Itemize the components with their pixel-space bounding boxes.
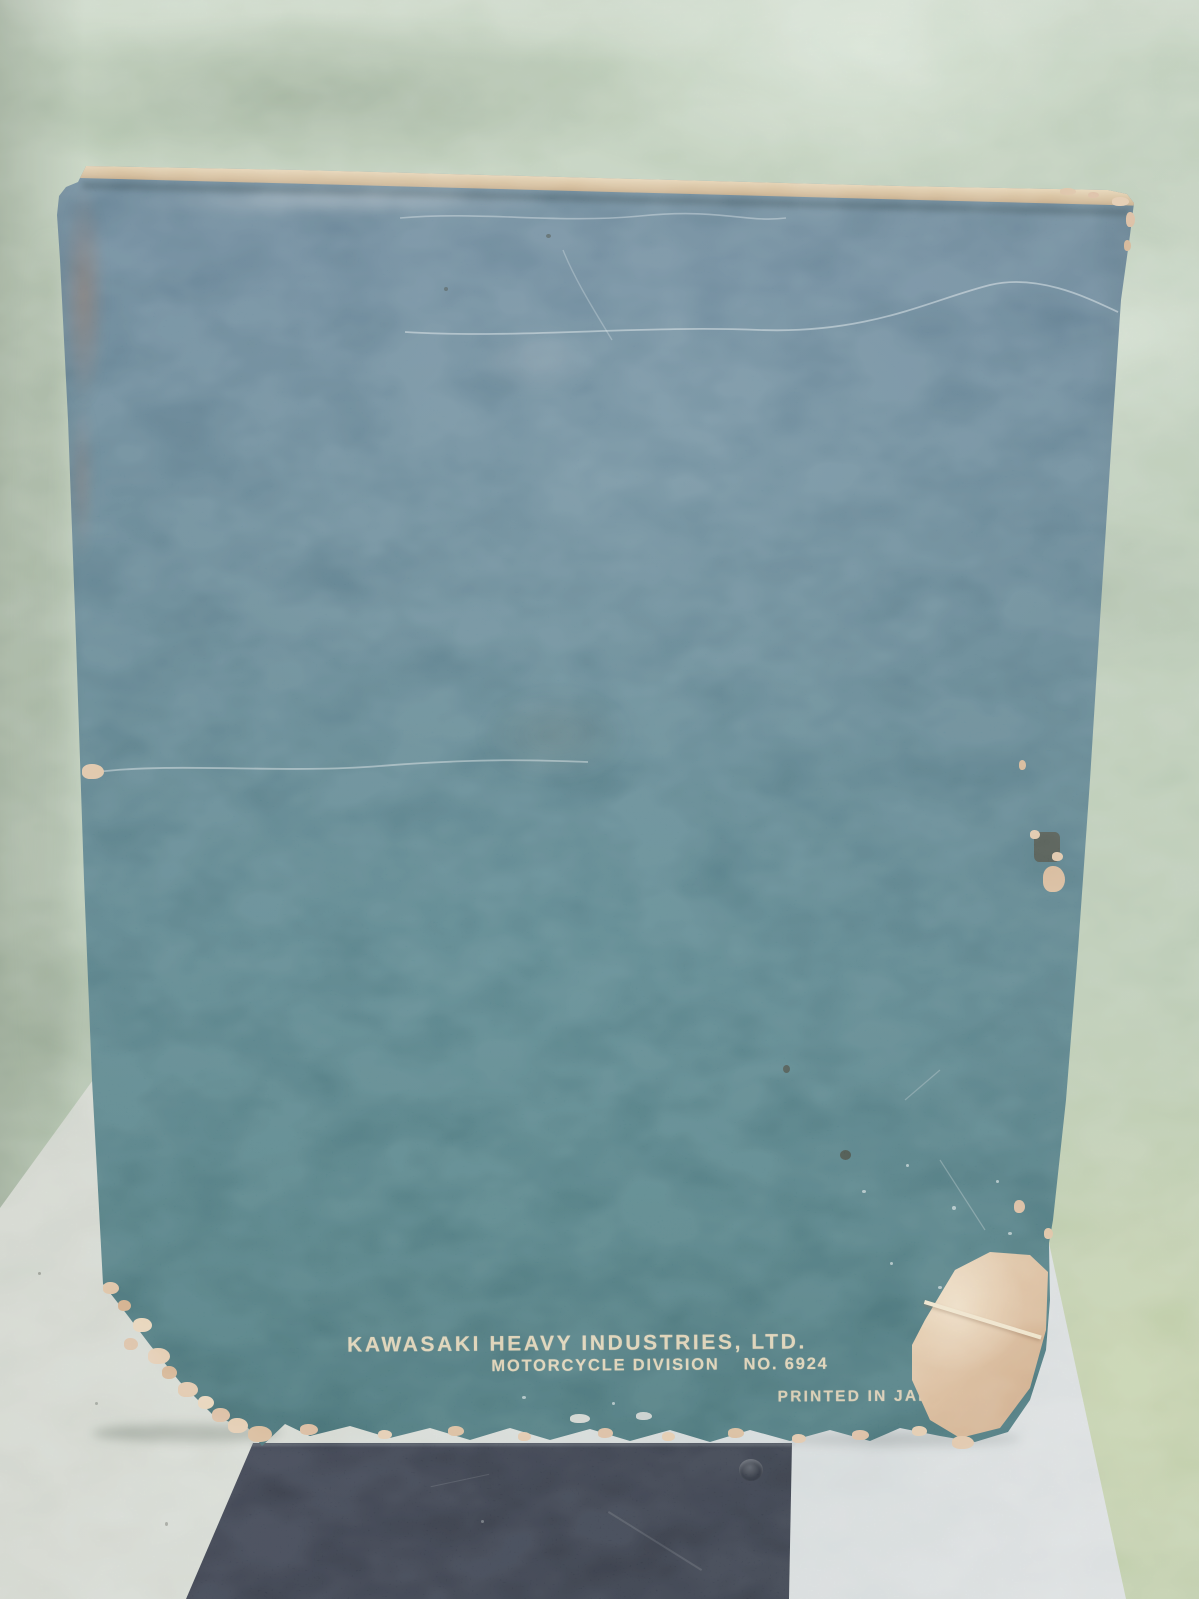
torn-paper-chip bbox=[1112, 197, 1129, 206]
torn-paper-chip bbox=[82, 764, 104, 779]
torn-paper-chip bbox=[1052, 852, 1063, 861]
torn-paper-chip bbox=[103, 1282, 119, 1294]
white-fleck bbox=[522, 1396, 526, 1399]
torn-paper-chip bbox=[118, 1300, 131, 1311]
torn-paper-chip bbox=[378, 1430, 392, 1439]
dark-speck bbox=[840, 1150, 851, 1160]
torn-paper-chip bbox=[792, 1434, 806, 1443]
torn-paper-chip bbox=[448, 1426, 464, 1436]
torn-paper-chip bbox=[1030, 830, 1040, 839]
torn-paper-chip bbox=[1088, 192, 1099, 198]
worn-silver-chip bbox=[636, 1412, 652, 1420]
torn-paper-chip bbox=[1043, 866, 1065, 892]
torn-paper-chip bbox=[598, 1428, 613, 1438]
dark-book-edge-highlight bbox=[250, 1443, 795, 1446]
dark-speck bbox=[783, 1065, 790, 1073]
torn-paper-chip bbox=[1124, 240, 1131, 251]
white-fleck bbox=[890, 1262, 893, 1265]
division-label: MOTORCYCLE DIVISION bbox=[491, 1356, 719, 1376]
torn-paper-chip bbox=[1014, 1200, 1025, 1213]
white-fleck bbox=[862, 1190, 866, 1193]
torn-paper-chip bbox=[124, 1338, 138, 1350]
white-fleck bbox=[612, 1402, 615, 1405]
torn-paper-chip bbox=[852, 1430, 869, 1440]
torn-paper-chip bbox=[1060, 188, 1076, 195]
torn-paper-chip bbox=[228, 1418, 248, 1433]
torn-paper-chip bbox=[162, 1366, 177, 1379]
torn-paper-chip bbox=[662, 1432, 675, 1441]
dust-speck bbox=[481, 1520, 484, 1523]
cast-shadow bbox=[28, 240, 72, 1120]
dust-speck bbox=[95, 1402, 98, 1405]
division-text: MOTORCYCLE DIVISIONNO. 6924 bbox=[491, 1355, 828, 1376]
torn-paper-chip bbox=[952, 1436, 974, 1449]
torn-paper-chip bbox=[300, 1424, 318, 1435]
torn-paper-chip bbox=[133, 1318, 152, 1332]
dark-speck bbox=[546, 234, 551, 238]
dust-speck bbox=[165, 1522, 168, 1526]
publisher-text: KAWASAKI HEAVY INDUSTRIES, LTD. bbox=[347, 1330, 807, 1357]
torn-paper-chip bbox=[212, 1408, 230, 1422]
worn-silver-chip bbox=[570, 1414, 590, 1423]
white-fleck bbox=[1008, 1232, 1012, 1235]
torn-paper-chip bbox=[148, 1348, 170, 1364]
torn-paper-chip bbox=[518, 1432, 531, 1441]
torn-paper-chip bbox=[1044, 1228, 1053, 1239]
white-fleck bbox=[906, 1164, 909, 1167]
torn-paper-chip bbox=[728, 1428, 744, 1438]
catalog-number: NO. 6924 bbox=[744, 1355, 829, 1374]
torn-paper-chip bbox=[178, 1382, 198, 1397]
torn-paper-chip bbox=[1019, 760, 1026, 770]
photo-of-manual-back-cover: KAWASAKI HEAVY INDUSTRIES, LTD. MOTORCYC… bbox=[0, 0, 1199, 1599]
torn-paper-chip bbox=[1126, 212, 1135, 227]
torn-paper-chip bbox=[248, 1426, 272, 1442]
white-fleck bbox=[996, 1180, 999, 1183]
punch-hole bbox=[739, 1459, 763, 1481]
dust-speck bbox=[38, 1272, 41, 1275]
white-fleck bbox=[938, 1286, 942, 1289]
white-fleck bbox=[952, 1206, 956, 1210]
torn-paper-chip bbox=[198, 1396, 214, 1409]
dark-speck bbox=[444, 287, 448, 291]
torn-paper-chip bbox=[912, 1426, 927, 1436]
